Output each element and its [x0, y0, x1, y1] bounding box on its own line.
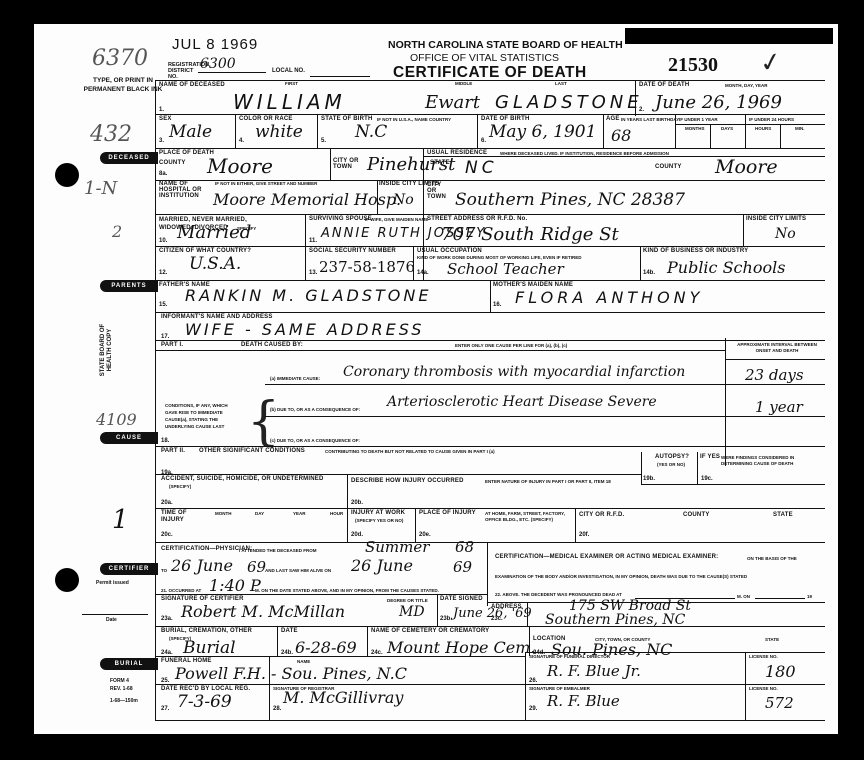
- address-label: ADDRESS: [491, 604, 522, 610]
- min-label: MIN.: [795, 126, 805, 131]
- me-text-1: ON THE BASIS OF THE: [747, 556, 797, 561]
- to-label: TO: [161, 568, 167, 573]
- last-label: LAST: [555, 81, 567, 86]
- margin-note-432: 432: [90, 122, 132, 147]
- tab-burial: BURIAL: [100, 658, 158, 670]
- days-label: DAYS: [721, 126, 733, 131]
- day-label: DAY: [255, 511, 264, 516]
- form-left-border: [155, 80, 156, 720]
- occurred-time: 1:40 P: [209, 576, 261, 595]
- dob-value: May 6, 1901: [489, 122, 596, 142]
- date-of-death: June 26, 1969: [655, 92, 782, 113]
- attended-to: 26 June: [171, 556, 233, 575]
- tab-cause: CAUSE: [100, 432, 158, 444]
- conditions-label: CONDITIONS, IF ANY, WHICH GAVE RISE TO I…: [165, 402, 240, 430]
- middle-label: MIDDLE: [455, 81, 472, 86]
- if-yes-label: IF YES: [700, 454, 720, 460]
- year-label: YEAR: [293, 511, 306, 516]
- to-year: 69: [247, 558, 266, 576]
- hospital-hint: IF NOT IN EITHER, GIVE STREET AND NUMBER: [215, 181, 317, 186]
- state-of-birth-hint: IF NOT IN U.S.A., NAME COUNTRY: [377, 117, 451, 122]
- if-yes-hint: WERE FINDINGS CONSIDERED IN DETERMINING …: [721, 455, 821, 467]
- last-name: GLADSTONE: [495, 92, 643, 113]
- attended-from: Summer: [365, 538, 429, 556]
- cause-a-value: Coronary thrombosis with myocardial infa…: [343, 364, 685, 380]
- autopsy-label: AUTOPSY?: [655, 454, 689, 460]
- form-revision: REV. 1-68: [110, 685, 133, 693]
- injury-state-label: STATE: [773, 512, 793, 518]
- burial-method-value: Burial: [183, 638, 236, 658]
- tab-parents: PARENTS: [100, 280, 158, 292]
- location-state-label: STATE: [765, 637, 779, 642]
- margin-note-6370: 6370: [92, 46, 148, 71]
- res-city-label: CITY OR TOWN: [427, 182, 451, 200]
- age-hint: IN YEARS LAST BIRTHDAY: [621, 117, 679, 122]
- time-injury-label: TIME OF INJURY: [161, 510, 191, 524]
- tab-certifier: CERTIFIER: [100, 563, 158, 575]
- date-recd-value: 7-3-69: [177, 692, 232, 712]
- degree-label: DEGREE OR TITLE: [387, 598, 428, 603]
- certificate-number: 21530: [668, 54, 718, 77]
- license-1-value: 180: [765, 662, 796, 681]
- cemetery-label: NAME OF CEMETERY OR CREMATORY: [371, 628, 489, 634]
- registrar-signature: M. McGillivray: [283, 688, 403, 707]
- registration-district-label: REGISTRATION DISTRICT NO.: [168, 62, 202, 80]
- death-county-value: Moore: [207, 154, 273, 178]
- license-1-label: LICENSE NO.: [749, 654, 778, 659]
- month-label: MONTH: [215, 511, 232, 516]
- license-2-label: LICENSE NO.: [749, 686, 778, 691]
- age-label: AGE: [606, 116, 620, 122]
- permit-issued-label: Permit issued: [96, 579, 129, 587]
- mother-value: FLORA ANTHONY: [515, 288, 703, 307]
- me-text-3: 22. ABOVE. THE DECEDENT WAS PRONOUNCED D…: [495, 592, 622, 597]
- color-value: white: [255, 122, 303, 142]
- industry-value: Public Schools: [667, 258, 785, 277]
- bracket-icon: {: [247, 392, 280, 452]
- agency-line-2: OFFICE OF VITAL STATISTICS: [410, 52, 559, 64]
- attended-text: I ATTENDED THE DECEASED FROM: [239, 548, 317, 553]
- embalmer-signature: R. F. Blue: [547, 692, 620, 710]
- received-stamp: JUL 8 1969: [172, 36, 258, 53]
- occurred-text: M. ON THE DATE STATED ABOVE, AND IN MY O…: [255, 588, 439, 593]
- state-board-copy-label: STATE BOARD OF HEALTH COPY: [100, 320, 114, 380]
- res-inside-city-value: No: [775, 226, 796, 242]
- under-24-hours-label: IF UNDER 24 HOURS: [749, 117, 794, 122]
- injury-at-work-hint: (SPECIFY YES OR NO): [355, 518, 403, 523]
- from-year: 68: [455, 538, 474, 556]
- death-city-label: CITY OR TOWN: [333, 158, 363, 170]
- form-top-border: [155, 80, 825, 81]
- res-county-label: COUNTY: [655, 164, 682, 170]
- last-saw-year: 69: [453, 558, 472, 576]
- cause-instruction: ENTER ONLY ONE CAUSE PER LINE FOR (a), (…: [455, 343, 567, 348]
- agency-line-1: NORTH CAROLINA STATE BOARD OF HEALTH: [388, 39, 623, 51]
- spouse-label: SURVIVING SPOUSE: [309, 216, 372, 222]
- part1-label: PART I.: [161, 342, 183, 348]
- tab-deceased: DECEASED: [100, 152, 158, 164]
- cause-a-interval: 23 days: [745, 366, 804, 384]
- margin-note-1: 1: [112, 505, 129, 535]
- res-county-value: Moore: [715, 156, 778, 178]
- first-label: FIRST: [285, 81, 298, 86]
- informant-value: WIFE - SAME ADDRESS: [185, 320, 424, 339]
- director-signature: R. F. Blue Jr.: [547, 662, 641, 680]
- citizen-value: U.S.A.: [189, 254, 241, 274]
- injury-at-work-label: INJURY AT WORK: [351, 510, 405, 516]
- injury-county-label: COUNTY: [683, 512, 710, 518]
- father-value: RANKIN M. GLADSTONE: [185, 286, 431, 305]
- autopsy-hint: (YES OR NO): [657, 462, 685, 467]
- place-injury-hint: AT HOME, FARM, STREET, FACTORY, OFFICE B…: [485, 511, 575, 523]
- local-no-label: LOCAL NO.: [272, 68, 305, 74]
- res-state-value: NC: [465, 158, 498, 178]
- injury-city-label: CITY OR R.F.D.: [579, 512, 624, 518]
- certificate-form: NAME OF DECEASED FIRST MIDDLE LAST 1. WI…: [155, 80, 825, 720]
- date-of-death-label: DATE OF DEATH: [639, 82, 689, 88]
- director-sig-label: SIGNATURE OF FUNERAL DIRECTOR: [529, 654, 610, 659]
- cause-b-value: Arteriosclerotic Heart Disease Severe: [387, 394, 657, 410]
- res-street-value: 707 South Ridge St: [441, 224, 619, 245]
- describe-injury-hint: ENTER NATURE OF INJURY IN PART I OR PART…: [485, 479, 611, 484]
- describe-injury-label: DESCRIBE HOW INJURY OCCURRED: [351, 478, 464, 484]
- industry-label: KIND OF BUSINESS OR INDUSTRY: [643, 248, 748, 254]
- cemetery-value: Mount Hope Cem.: [387, 638, 536, 657]
- local-no-underline: [310, 76, 370, 77]
- name-label: NAME OF DECEASED: [159, 82, 225, 88]
- months-label: MONTHS: [685, 126, 705, 131]
- margin-note-4109: 4109: [96, 410, 137, 429]
- age-value: 68: [611, 126, 631, 145]
- punch-hole-bottom: [55, 568, 79, 592]
- cause-b-interval: 1 year: [755, 398, 803, 416]
- res-state-label: STATE: [430, 160, 450, 166]
- redaction-bar: [625, 28, 833, 44]
- res-street-label: STREET ADDRESS OR R.F.D. No.: [427, 216, 527, 222]
- interval-label: APPROXIMATE INTERVAL BETWEEN ONSET AND D…: [733, 342, 821, 354]
- burial-date-label: DATE: [281, 628, 298, 634]
- form-bottom-border: [155, 720, 825, 721]
- date-label: Date: [106, 616, 117, 624]
- burial-date-value: 6-28-69: [295, 638, 357, 657]
- date-line: [82, 614, 148, 615]
- burial-method-label: BURIAL, CREMATION, OTHER: [161, 628, 252, 634]
- embalmer-sig-label: SIGNATURE OF EMBALMER: [529, 686, 590, 691]
- punch-hole-top: [55, 163, 79, 187]
- occupation-value: School Teacher: [447, 260, 564, 278]
- under-1-year-label: IF UNDER 1 YEAR: [679, 117, 718, 122]
- certifier-signature: Robert M. McMillan: [181, 602, 345, 621]
- certifier-degree: MD: [399, 604, 425, 620]
- hospital-value: Moore Memorial Hosp.: [213, 190, 401, 209]
- funeral-home-value: Powell F.H. - Sou. Pines, N.C: [175, 664, 407, 683]
- occupation-label: USUAL OCCUPATION: [417, 248, 482, 254]
- first-name: WILLIAM: [233, 90, 346, 114]
- manner-label: ACCIDENT, SUICIDE, HOMICIDE, OR UNDETERM…: [161, 476, 323, 482]
- death-county-label: COUNTY: [159, 160, 186, 166]
- res-inside-city-label: INSIDE CITY LIMITS: [746, 216, 806, 222]
- me-text-2: EXAMINATION OF THE BODY AND/OR INVESTIGA…: [495, 574, 747, 579]
- registration-underline: [198, 72, 266, 73]
- death-caused-by-label: DEATH CAUSED BY:: [241, 342, 303, 348]
- last-saw-date: 26 June: [351, 556, 413, 575]
- manner-hint: (SPECIFY): [169, 484, 191, 489]
- part2-label: PART II.: [161, 448, 185, 454]
- ssn-value: 237-58-1876: [319, 258, 415, 276]
- form-number: FORM 4: [110, 677, 129, 685]
- margin-note-1n: 1-N: [84, 178, 117, 199]
- hour-label: HOUR: [330, 511, 343, 516]
- cause-c-label: (c) DUE TO, OR AS A CONSEQUENCE OF:: [270, 438, 360, 443]
- death-inside-city-value: No: [393, 192, 414, 208]
- place-of-death-label: PLACE OF DEATH: [159, 150, 214, 156]
- state-of-birth-value: N.C: [355, 122, 387, 142]
- other-conditions-hint: CONTRIBUTING TO DEATH BUT NOT RELATED TO…: [325, 449, 495, 454]
- registration-district-value: 6300: [200, 56, 236, 72]
- middle-name: Ewart: [425, 92, 480, 113]
- last-saw-text: AND LAST SAW HIM ALIVE ON: [265, 568, 331, 573]
- margin-note-2: 2: [112, 222, 122, 241]
- place-injury-label: PLACE OF INJURY: [419, 510, 476, 516]
- date-signed-label: DATE SIGNED: [440, 596, 483, 602]
- sex-value: Male: [169, 122, 212, 142]
- marital-value: Married: [177, 222, 251, 243]
- cause-b-label: (b) DUE TO, OR AS A CONSEQUENCE OF:: [270, 407, 360, 412]
- license-2-value: 572: [765, 694, 794, 712]
- hours-label: HOURS: [755, 126, 771, 131]
- hospital-label: NAME OF HOSPITAL OR INSTITUTION: [159, 181, 209, 199]
- ssn-label: SOCIAL SECURITY NUMBER: [309, 248, 396, 254]
- date-of-death-hint: MONTH, DAY, YEAR: [725, 83, 768, 88]
- me-cert-label: CERTIFICATION—MEDICAL EXAMINER OR ACTING…: [495, 554, 718, 560]
- res-city-value: Southern Pines, NC 28387: [455, 190, 685, 210]
- other-conditions-label: OTHER SIGNIFICANT CONDITIONS: [199, 448, 305, 454]
- occurred-label: 21. OCCURRED AT: [161, 588, 201, 593]
- cause-a-label: (a) IMMEDIATE CAUSE:: [270, 376, 320, 381]
- spouse-hint: IF WIFE, GIVE MAIDEN NAME: [365, 217, 428, 222]
- form-print-run: 1-68—150m: [110, 697, 138, 705]
